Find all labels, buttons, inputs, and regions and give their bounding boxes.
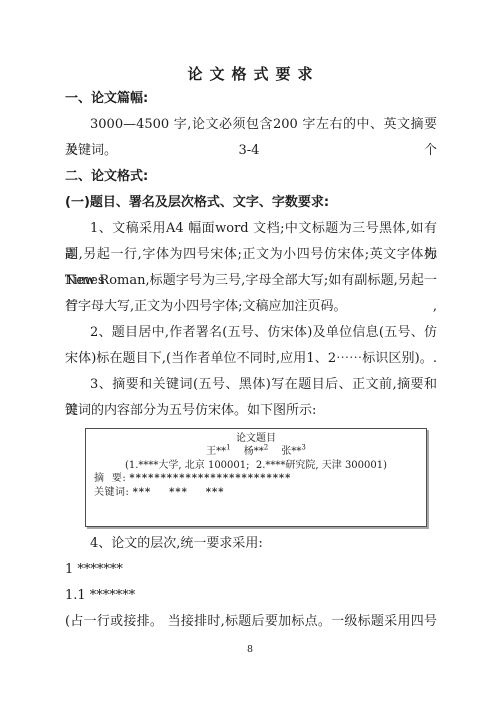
body-line-item1-c: New Roman,标题字号为三号,字母全部大写;如有副标题,另起一行,	[65, 268, 437, 294]
body-line-word-count: 3000—4500 字,论文必须包含200 字左右的中、英文摘要及3-4 个	[65, 112, 437, 138]
body-line-level1: 1 *******	[65, 557, 437, 583]
sample-paper-title: 论文题目	[94, 432, 418, 445]
sample-authors: 王**1 杨**2 张**3	[94, 445, 418, 458]
document-page: 论文格式要求 一、论文篇幅: 3000—4500 字,论文必须包含200 字左右…	[0, 0, 500, 707]
body-line-item1-a: 1、文稿采用A4 幅面word 文档;中文标题为三号黑体,如有副标	[65, 216, 437, 242]
heading-format-requirements: (一)题目、署名及层次格式、文字、字数要求:	[65, 190, 437, 216]
body-line-item2-b: 宋体)标在题目下,(当作者单位不同时,应用1、2⋯⋯标识区别)。.	[65, 346, 437, 372]
heading-paper-length: 一、论文篇幅:	[65, 86, 437, 112]
sample-author-3: 张**3	[281, 445, 305, 458]
body-line-item4: 4、论文的层次,统一要求采用:	[65, 531, 437, 557]
document-body: 一、论文篇幅: 3000—4500 字,论文必须包含200 字左右的中、英文摘要…	[65, 86, 437, 635]
sample-keywords: 关键词: *** *** ***	[94, 486, 418, 499]
body-line-level1-1: 1.1 *******	[65, 583, 437, 609]
page-title: 论文格式要求	[0, 63, 500, 84]
sample-author-2: 杨**2	[244, 445, 268, 458]
heading-paper-format: 二、论文格式:	[65, 164, 437, 190]
sample-author-1: 王**1	[206, 445, 230, 458]
body-line-item3-b: 键词的内容部分为五号仿宋体。如下图所示:	[65, 398, 437, 424]
body-line-item2-a: 2、题目居中,作者署名(五号、仿宋体)及单位信息(五号、仿	[65, 320, 437, 346]
body-line-item3-a: 3、摘要和关键词(五号、黑体)写在题目后、正文前,摘要和关	[65, 372, 437, 398]
sample-affiliation: (1.****大学, 北京 100001; 2.****研究院, 天津 3000…	[94, 459, 418, 472]
body-line-note: (占一行或接排。 当接排时,标题后要加标点。一级标题采用四号	[65, 609, 437, 635]
sample-abstract: 摘 要: **************************	[94, 472, 418, 485]
page-number: 8	[0, 643, 500, 656]
body-line-item1-b: 题,另起一行,字体为四号宋体;正文为小四号仿宋体;英文字体为Times	[65, 242, 437, 268]
sample-format-box: 论文题目 王**1 杨**2 张**3 (1.****大学, 北京 100001…	[85, 428, 427, 527]
